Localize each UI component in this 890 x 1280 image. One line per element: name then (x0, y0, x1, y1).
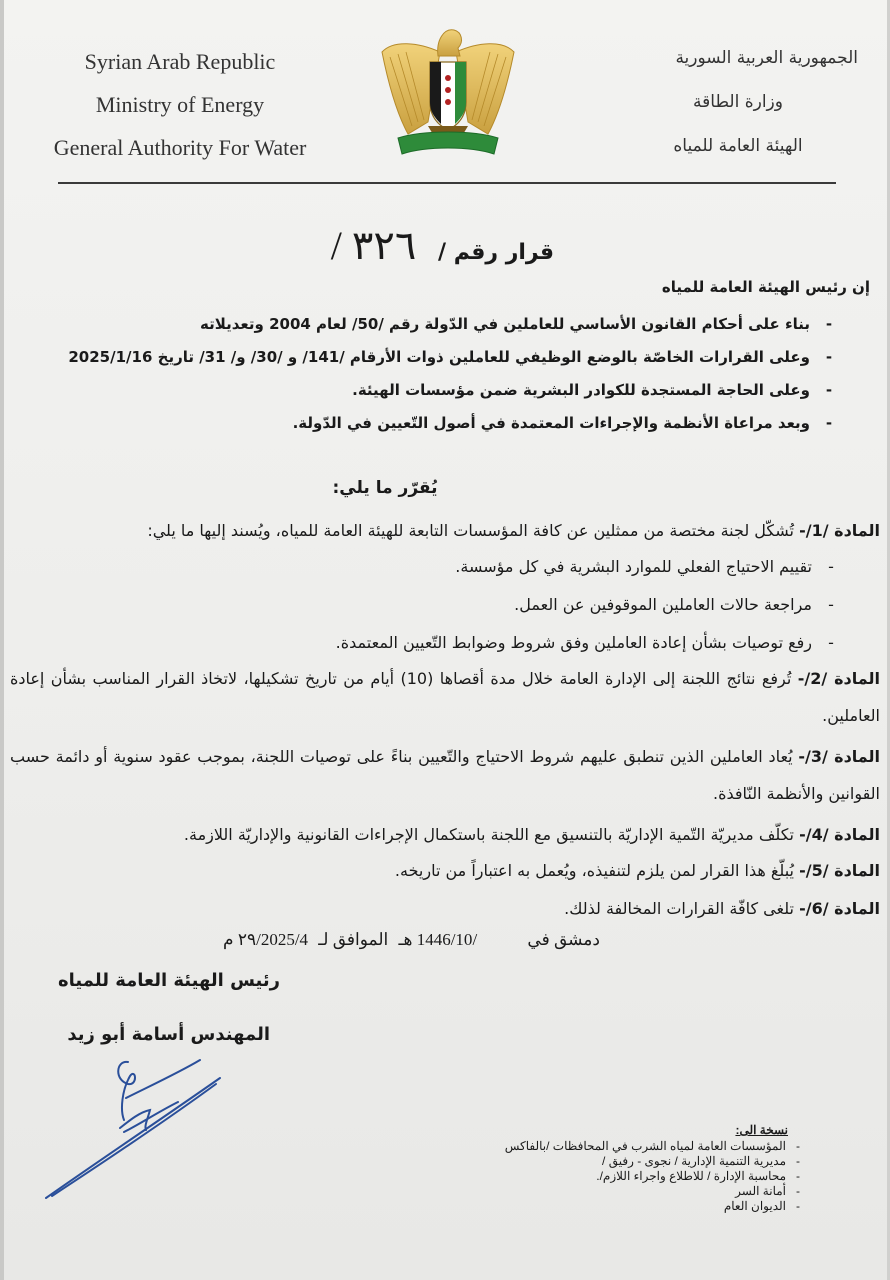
article-item: -مراجعة حالات العاملين الموقوفين عن العم… (50, 586, 850, 624)
preamble-item: -وبعد مراعاة الأنظمة والإجراءات المعتمدة… (48, 407, 848, 440)
copy-recipient: -الديوان العام (480, 1199, 810, 1214)
article-text: يُبلّغ هذا القرار لمن يلزم لتنفيذه، ويُع… (395, 861, 794, 880)
article-label: المادة /4/- (799, 825, 880, 844)
signatory-title: رئيس الهيئة العامة للمياه (40, 970, 280, 991)
date-gregorian: ٢٩/2025/4 م (223, 930, 308, 949)
ministry-name-en: Ministry of Energy (30, 83, 330, 126)
authority-name-ar: الهيئة العامة للمياه (618, 124, 858, 168)
preamble-item: -وعلى القرارات الخاصّة بالوضع الوظيفي لل… (48, 341, 848, 374)
article-item: -رفع توصيات بشأن إعادة العاملين وفق شروط… (50, 624, 850, 662)
article-text: تُرفع نتائج اللجنة إلى الإدارة العامة خل… (10, 669, 880, 725)
preamble-list: -بناء على أحكام القانون الأساسي للعاملين… (48, 308, 848, 440)
preamble-item: -بناء على أحكام القانون الأساسي للعاملين… (48, 308, 848, 341)
signatory-name: المهندس أسامة أبو زيد (60, 1024, 270, 1045)
article-label: المادة /2/- (798, 669, 880, 688)
resolves-heading: يُقرّر ما يلي: (0, 478, 890, 498)
decision-number: ٣٢٦ / (331, 223, 417, 268)
article-text: يُعاد العاملين الذين تنطبق عليهم شروط ال… (10, 747, 880, 803)
decision-label: قرار رقم / (438, 240, 554, 265)
country-name-en: Syrian Arab Republic (30, 40, 330, 83)
decision-title: قرار رقم / ٣٢٦ / (331, 222, 554, 269)
copies-to-section: نسخة الى: -المؤسسات العامة لمياه الشرب ف… (480, 1123, 810, 1214)
date-corresponds: الموافق لـ (318, 930, 388, 949)
header-divider (58, 182, 836, 184)
authority-name-en: General Authority For Water (30, 126, 330, 169)
article-1-items: -تقييم الاحتياج الفعلي للموارد البشرية ف… (50, 548, 850, 662)
preamble-item: -وعلى الحاجة المستجدة للكوادر البشرية ضم… (48, 374, 848, 407)
date-hijri: /1446/10 هـ (399, 930, 478, 949)
copy-recipient: -أمانة السر (480, 1184, 810, 1199)
article-4: المادة /4/- تكلّف مديريّة التّمية الإدار… (10, 816, 880, 853)
handwritten-signature-icon (40, 1050, 240, 1210)
ministry-name-ar: وزارة الطاقة (618, 80, 858, 124)
document-page: Syrian Arab Republic Ministry of Energy … (0, 0, 890, 1280)
country-name-ar: الجمهورية العربية السورية (618, 36, 858, 80)
article-label: المادة /1/- (799, 521, 880, 540)
article-5: المادة /5/- يُبلّغ هذا القرار لمن يلزم ل… (10, 852, 880, 889)
article-text: تُشكّل لجنة مختصة من ممثلين عن كافة المؤ… (147, 521, 794, 540)
article-item: -تقييم الاحتياج الفعلي للموارد البشرية ف… (50, 548, 850, 586)
decision-intro: إن رئيس الهيئة العامة للمياه (662, 278, 870, 296)
article-text: تكلّف مديريّة التّمية الإداريّة بالتنسيق… (184, 825, 794, 844)
syrian-eagle-emblem-icon (378, 22, 518, 162)
decision-date: دمشق في /1446/10 هـ الموافق لـ ٢٩/2025/4… (217, 930, 600, 950)
article-label: المادة /5/- (799, 861, 880, 880)
article-3: المادة /3/- يُعاد العاملين الذين تنطبق ع… (10, 738, 880, 812)
copy-recipient: -محاسبة الإدارة / للاطلاع واجراء اللازم/… (480, 1169, 810, 1184)
letterhead-arabic: الجمهورية العربية السورية وزارة الطاقة ا… (618, 36, 858, 168)
article-1: المادة /1/- تُشكّل لجنة مختصة من ممثلين … (10, 512, 880, 549)
copy-recipient: -مديرية التنمية الإدارية / نجوى - رفيق / (480, 1154, 810, 1169)
page-edge-left (0, 0, 4, 1280)
date-place: دمشق في (527, 930, 600, 949)
letterhead-english: Syrian Arab Republic Ministry of Energy … (30, 40, 330, 169)
article-2: المادة /2/- تُرفع نتائج اللجنة إلى الإدا… (10, 660, 880, 734)
article-label: المادة /6/- (799, 899, 880, 918)
copies-title: نسخة الى: (480, 1123, 788, 1138)
article-text: تلغى كافّة القرارات المخالفة لذلك. (564, 899, 794, 918)
article-label: المادة /3/- (798, 747, 880, 766)
copy-recipient: -المؤسسات العامة لمياه الشرب في المحافظا… (480, 1139, 810, 1154)
article-6: المادة /6/- تلغى كافّة القرارات المخالفة… (10, 890, 880, 927)
